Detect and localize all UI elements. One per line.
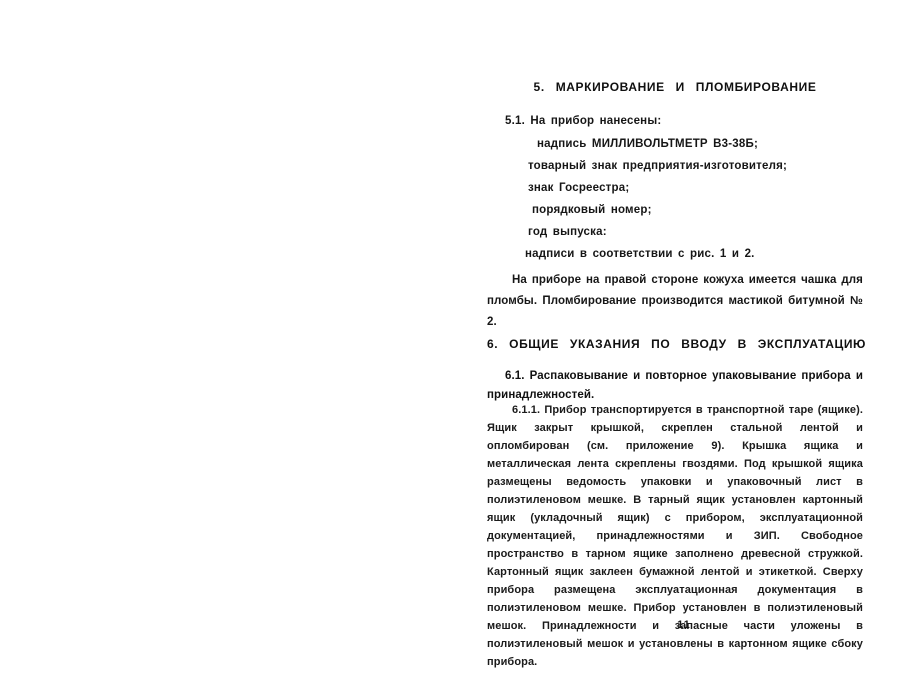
marking-item-year: год выпуска: — [528, 226, 900, 238]
page-number: 11 — [672, 619, 696, 631]
marking-item-figures: надписи в соответствии с рис. 1 и 2. — [525, 248, 900, 260]
marking-item-trademark: товарный знак предприятия-изготовителя; — [528, 160, 900, 172]
section-6-heading: 6. ОБЩИЕ УКАЗАНИЯ ПО ВВОДУ В ЭКСПЛУАТАЦИ… — [487, 337, 863, 351]
section-6-subheading: 6.1. Распаковывание и повторное упаковыв… — [487, 367, 863, 405]
page-text-column: 5. МАРКИРОВАНИЕ И ПЛОМБИРОВАНИЕ 5.1. На … — [487, 0, 863, 694]
marking-item-inscription: надпись МИЛЛИВОЛЬТМЕТР В3-38Б; — [537, 138, 900, 150]
section-5-paragraph: На приборе на правой стороне кожуха имее… — [487, 270, 863, 333]
marking-item-gosregistry: знак Госреестра; — [528, 182, 900, 194]
section-5-heading: 5. МАРКИРОВАНИЕ И ПЛОМБИРОВАНИЕ — [487, 80, 863, 94]
document-page: 5. МАРКИРОВАНИЕ И ПЛОМБИРОВАНИЕ 5.1. На … — [0, 0, 900, 694]
section-5-intro: 5.1. На прибор нанесены: — [505, 115, 881, 127]
marking-item-serial-number: порядковый номер; — [532, 204, 900, 216]
